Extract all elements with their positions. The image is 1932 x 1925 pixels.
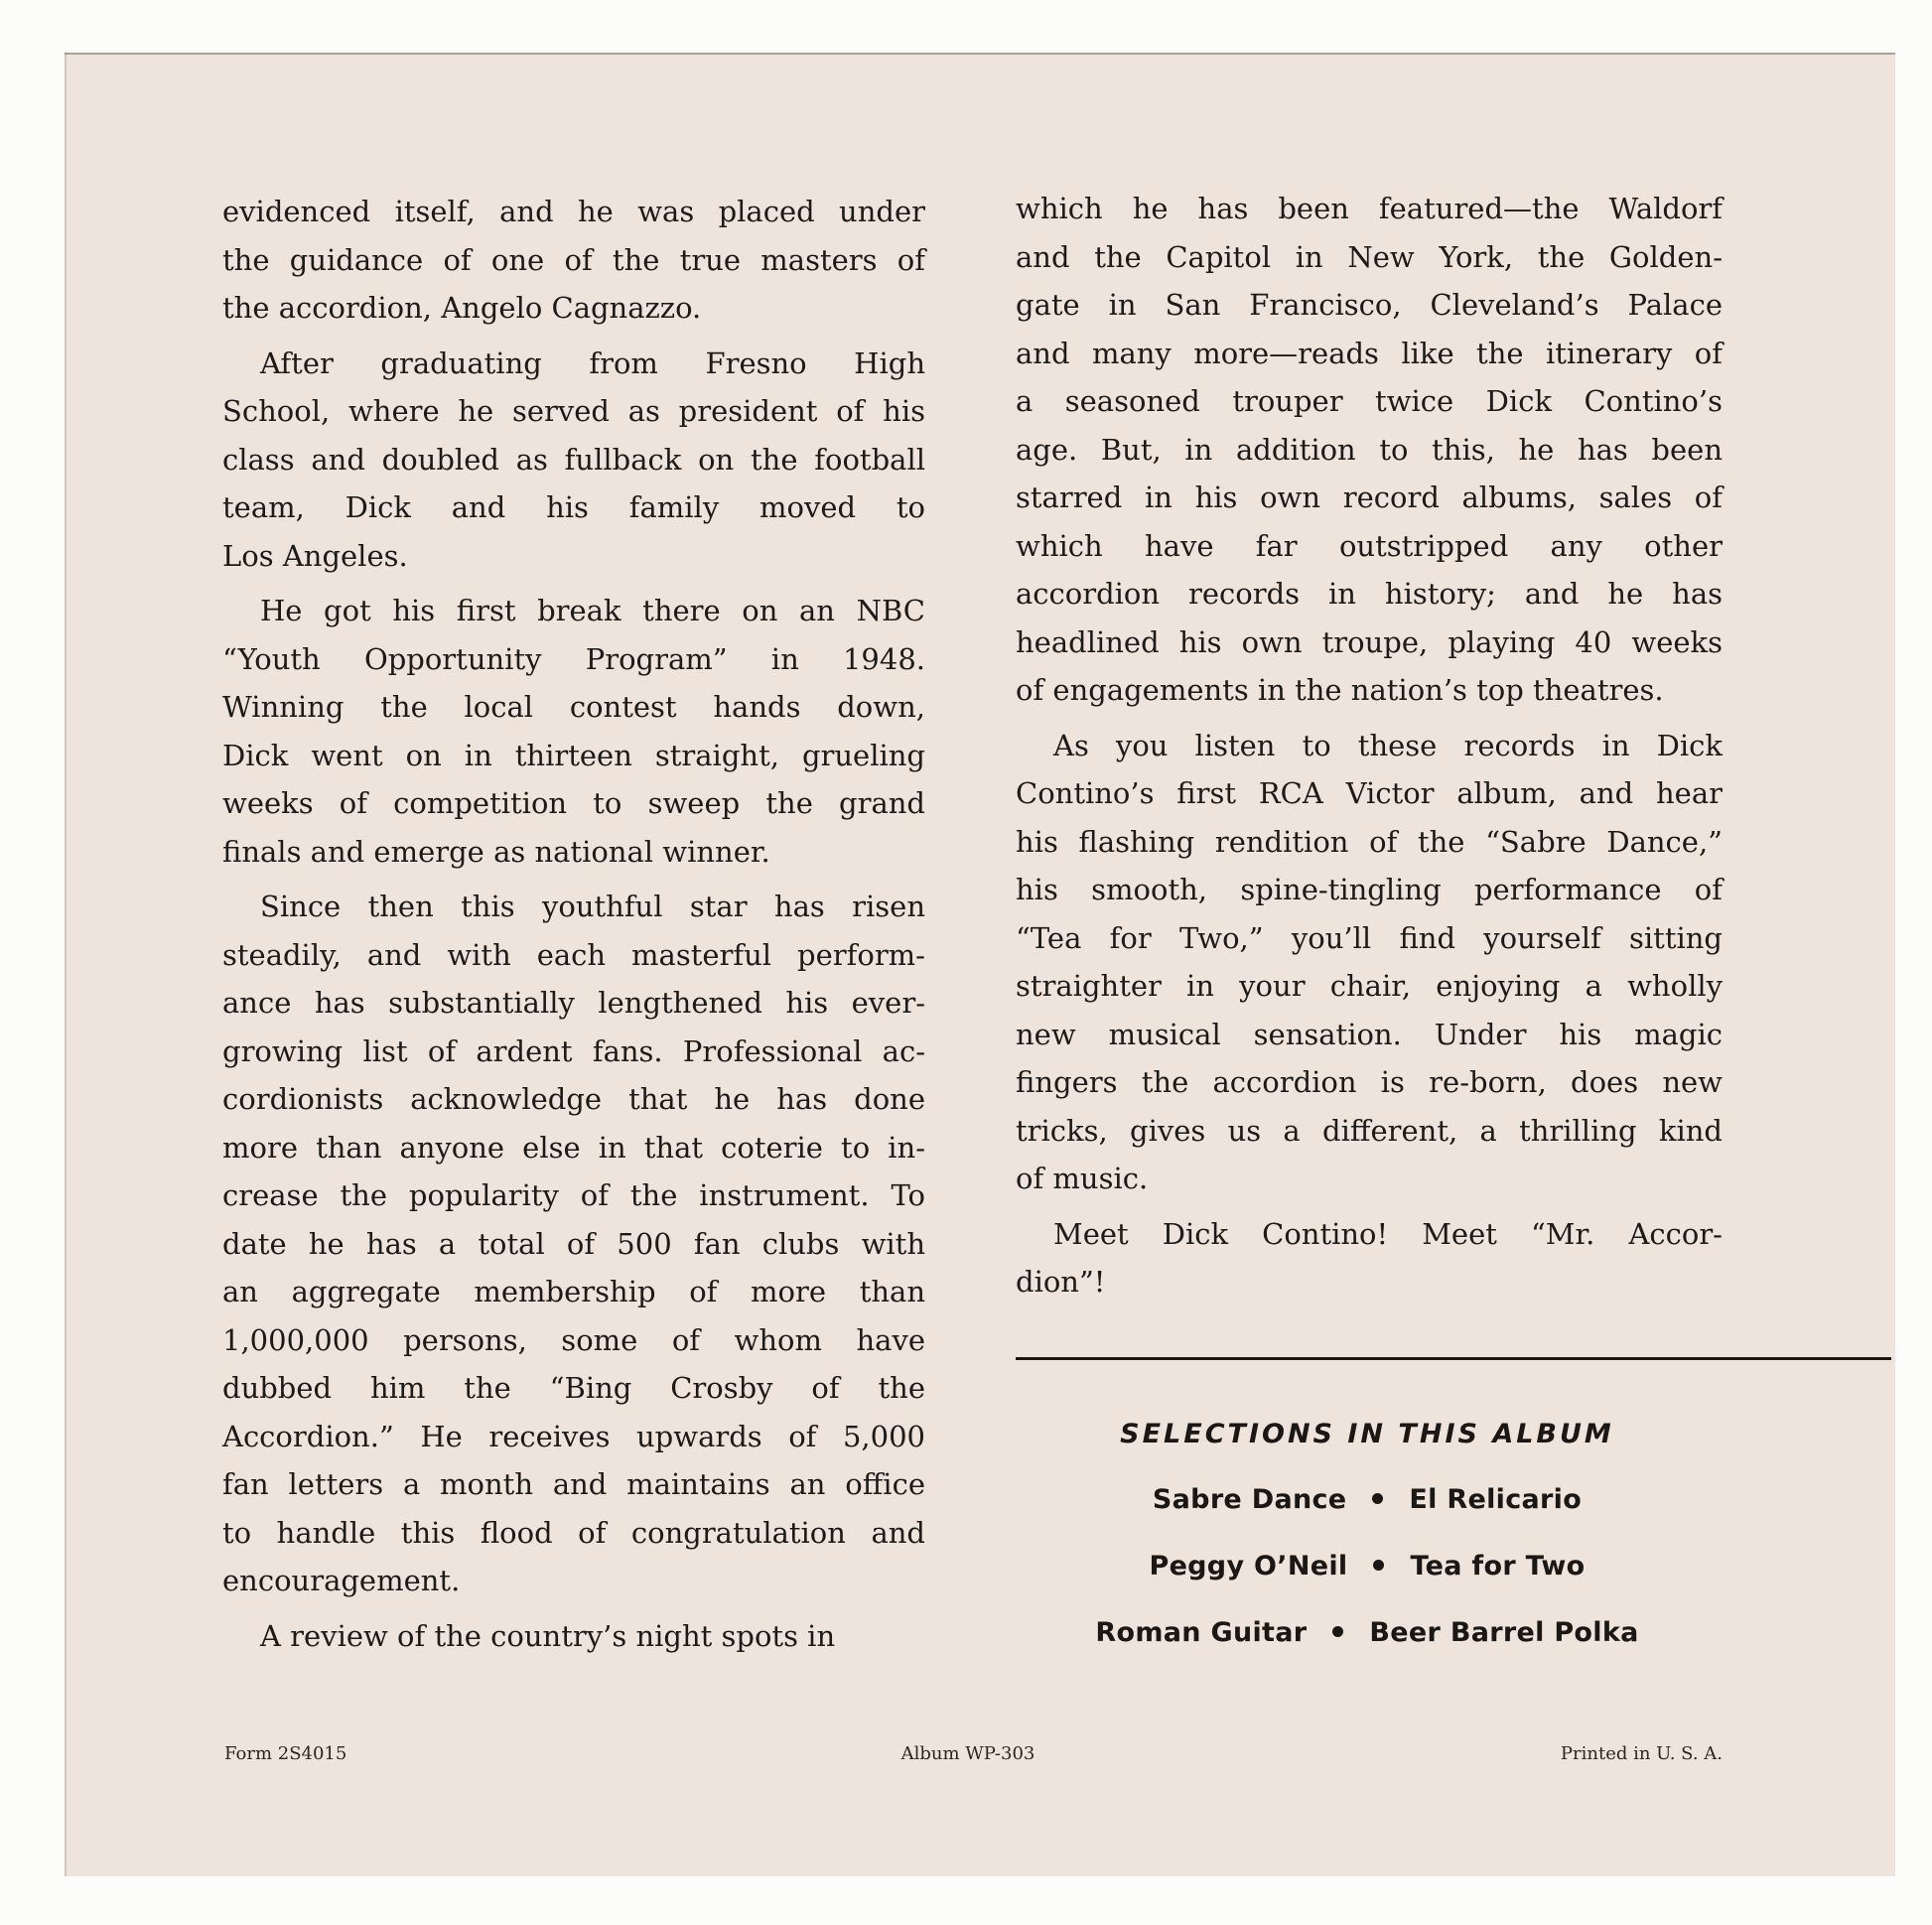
text-line: and many more—reads like the itinerary o… bbox=[1016, 330, 1723, 378]
text-line: evidenced itself, and he was placed unde… bbox=[222, 188, 925, 236]
text-line: Winning the local contest hands down, bbox=[222, 683, 925, 732]
text-line: and the Capitol in New York, the Golden- bbox=[1016, 233, 1723, 282]
text-line: a seasoned trouper twice Dick Contino’s bbox=[1016, 377, 1723, 426]
selection-row: Roman GuitarBeer Barrel Polka bbox=[1016, 1613, 1719, 1653]
selection-title: Beer Barrel Polka bbox=[1369, 1617, 1638, 1648]
printed-in-label: Printed in U. S. A. bbox=[1494, 1742, 1723, 1766]
paragraph: As you listen to these records in DickCo… bbox=[1016, 722, 1723, 1203]
text-line: cordionists acknowledge that he has done bbox=[222, 1075, 925, 1124]
text-line: new musical sensation. Under his magic bbox=[1016, 1011, 1723, 1059]
text-line: of engagements in the nation’s top theat… bbox=[1016, 666, 1723, 715]
text-line: After graduating from Fresno High bbox=[222, 340, 925, 388]
text-line: the accordion, Angelo Cagnazzo. bbox=[222, 284, 925, 333]
paragraph: After graduating from Fresno HighSchool,… bbox=[222, 340, 925, 581]
text-line: A review of the country’s night spots in bbox=[222, 1612, 925, 1661]
text-line: straighter in your chair, enjoying a who… bbox=[1016, 962, 1723, 1011]
text-line: his flashing rendition of the “Sabre Dan… bbox=[1016, 818, 1723, 867]
selection-title: Peggy O’Neil bbox=[1149, 1551, 1347, 1581]
text-line: School, where he served as president of … bbox=[222, 387, 925, 436]
text-line: more than anyone else in that coterie to… bbox=[222, 1124, 925, 1172]
right-text-column: which he has been featured—the Waldorfan… bbox=[1016, 185, 1723, 1313]
text-line: age. But, in addition to this, he has be… bbox=[1016, 426, 1723, 475]
bullet-dot-icon bbox=[1373, 1560, 1384, 1571]
selection-title: Sabre Dance bbox=[1153, 1484, 1347, 1515]
text-line: fingers the accordion is re-born, does n… bbox=[1016, 1058, 1723, 1107]
text-line: date he has a total of 500 fan clubs wit… bbox=[222, 1220, 925, 1269]
text-line: which have far outstripped any other bbox=[1016, 522, 1723, 571]
text-line: the guidance of one of the true masters … bbox=[222, 236, 925, 285]
selection-title: Roman Guitar bbox=[1095, 1617, 1307, 1648]
paragraph: which he has been featured—the Waldorfan… bbox=[1016, 185, 1723, 715]
text-line: steadily, and with each masterful perfor… bbox=[222, 931, 925, 980]
selection-title: Tea for Two bbox=[1410, 1551, 1585, 1581]
text-line: He got his first break there on an NBC bbox=[222, 587, 925, 635]
text-line: Meet Dick Contino! Meet “Mr. Accor- bbox=[1016, 1210, 1723, 1259]
album-number: Album WP-303 bbox=[879, 1742, 1057, 1766]
text-line: team, Dick and his family moved to bbox=[222, 483, 925, 532]
text-line: ance has substantially lengthened his ev… bbox=[222, 979, 925, 1028]
text-line: finals and emerge as national winner. bbox=[222, 828, 925, 877]
text-line: his smooth, spine-tingling performance o… bbox=[1016, 866, 1723, 914]
text-line: growing list of ardent fans. Professiona… bbox=[222, 1028, 925, 1076]
text-line: fan letters a month and maintains an off… bbox=[222, 1460, 925, 1509]
text-line: “Tea for Two,” you’ll find yourself sitt… bbox=[1016, 914, 1723, 963]
paragraph: Since then this youthful star has risens… bbox=[222, 883, 925, 1605]
bullet-dot-icon bbox=[1332, 1626, 1343, 1637]
paragraph: Meet Dick Contino! Meet “Mr. Accor-dion”… bbox=[1016, 1210, 1723, 1306]
selection-row: Peggy O’NeilTea for Two bbox=[1016, 1547, 1719, 1586]
text-line: 1,000,000 persons, some of whom have bbox=[222, 1316, 925, 1365]
text-line: accordion records in history; and he has bbox=[1016, 570, 1723, 619]
text-line: encouragement. bbox=[222, 1557, 925, 1605]
bullet-dot-icon bbox=[1372, 1493, 1383, 1504]
text-line: which he has been featured—the Waldorf bbox=[1016, 185, 1723, 233]
paragraph: He got his first break there on an NBC“Y… bbox=[222, 587, 925, 876]
text-line: tricks, gives us a different, a thrillin… bbox=[1016, 1107, 1723, 1156]
form-number: Form 2S4015 bbox=[224, 1742, 346, 1766]
text-line: Accordion.” He receives upwards of 5,000 bbox=[222, 1413, 925, 1461]
text-line: As you listen to these records in Dick bbox=[1016, 722, 1723, 770]
liner-notes-page: evidenced itself, and he was placed unde… bbox=[65, 53, 1895, 1876]
selection-title: El Relicario bbox=[1409, 1484, 1582, 1515]
paragraph: A review of the country’s night spots in bbox=[222, 1612, 925, 1661]
text-line: to handle this flood of congratulation a… bbox=[222, 1509, 925, 1558]
text-line: gate in San Francisco, Cleveland’s Palac… bbox=[1016, 281, 1723, 330]
left-text-column: evidenced itself, and he was placed unde… bbox=[222, 188, 925, 1667]
text-line: crease the popularity of the instrument.… bbox=[222, 1171, 925, 1220]
text-line: starred in his own record albums, sales … bbox=[1016, 474, 1723, 522]
paragraph: evidenced itself, and he was placed unde… bbox=[222, 188, 925, 333]
text-line: dion”! bbox=[1016, 1258, 1723, 1306]
text-line: of music. bbox=[1016, 1155, 1723, 1203]
text-line: headlined his own troupe, playing 40 wee… bbox=[1016, 619, 1723, 667]
text-line: Since then this youthful star has risen bbox=[222, 883, 925, 931]
text-line: class and doubled as fullback on the foo… bbox=[222, 436, 925, 484]
text-line: Dick went on in thirteen straight, gruel… bbox=[222, 732, 925, 780]
text-line: dubbed him the “Bing Crosby of the bbox=[222, 1364, 925, 1413]
selections-heading: SELECTIONS IN THIS ALBUM bbox=[1016, 1415, 1719, 1454]
text-line: “Youth Opportunity Program” in 1948. bbox=[222, 635, 925, 684]
selection-row: Sabre DanceEl Relicario bbox=[1016, 1480, 1719, 1520]
text-line: Contino’s first RCA Victor album, and he… bbox=[1016, 769, 1723, 818]
section-divider-rule bbox=[1016, 1357, 1891, 1360]
text-line: weeks of competition to sweep the grand bbox=[222, 779, 925, 828]
text-line: an aggregate membership of more than bbox=[222, 1268, 925, 1316]
text-line: Los Angeles. bbox=[222, 532, 925, 581]
selections-section: SELECTIONS IN THIS ALBUM Sabre DanceEl R… bbox=[1016, 1415, 1719, 1680]
